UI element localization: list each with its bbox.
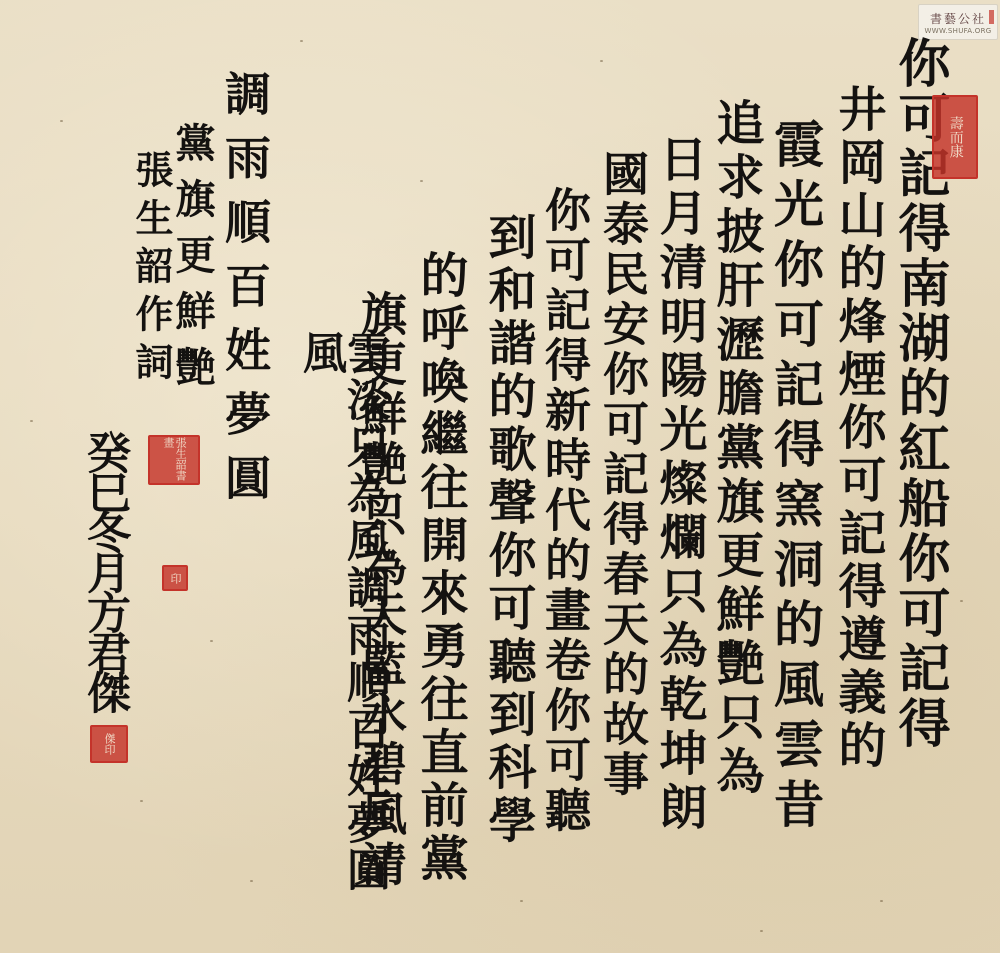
lyricist-credit-column: 張生韶作詞 <box>132 150 170 410</box>
calligraphy-column-6: 國泰民安你可記得春天的故事 <box>600 150 646 930</box>
artist-seal-square: 張生韶書畫 <box>148 435 200 485</box>
watermark-url: WWW.SHUFA.ORG <box>925 27 992 35</box>
paper-fleck <box>600 60 603 62</box>
calligraphy-column-8: 到和諧的歌聲你可聽到科學 <box>484 212 532 932</box>
small-seal: 印 <box>162 565 188 591</box>
watermark-logo: 書藝公社 <box>930 10 986 27</box>
calligraphy-column-5: 日月清明陽光燦爛只為乾坤朗 <box>655 134 703 934</box>
paper-fleck <box>300 40 303 42</box>
calligraphy-column-9: 的呼喚繼往開來勇往直前黨 <box>416 250 464 930</box>
watermark-seal-icon <box>989 10 994 24</box>
paper-fleck <box>30 420 33 422</box>
calligraphy-column-4: 追求披肝瀝膽黨旗更鮮艷只為 <box>712 98 760 938</box>
calligraphy-column-11: 雲淡只為風調雨順百姓夢圓風 <box>298 330 386 930</box>
paper-fleck <box>250 880 253 882</box>
paper-fleck <box>420 180 423 182</box>
paper-fleck <box>60 120 63 122</box>
paper-fleck <box>210 640 213 642</box>
paper-fleck <box>760 930 763 932</box>
calligraphy-column-3: 霞光你可記得窯洞的風雲昔 <box>770 118 820 938</box>
signature-seal: 傑印 <box>90 725 128 763</box>
lyric-inscription-column: 黨旗更鮮艷 <box>172 122 212 442</box>
leading-seal: 壽而康 <box>932 95 978 179</box>
calligraphy-column-2: 井岡山的烽煙你可記得遵義的 <box>834 84 882 944</box>
paper-fleck <box>140 800 143 802</box>
calligraphy-paper: 書藝公社 WWW.SHUFA.ORG 你可記得南湖的紅船你可記得 井岡山的烽煙你… <box>0 0 1000 953</box>
calligraphy-column-12: 調雨順百姓夢圓 <box>222 70 268 570</box>
calligraphy-column-7: 你可記得新時代的畫卷你可聽 <box>542 186 588 936</box>
paper-fleck <box>960 600 963 602</box>
signature-column: 癸巳冬月方君傑 <box>82 430 126 750</box>
site-watermark: 書藝公社 WWW.SHUFA.ORG <box>918 4 998 40</box>
